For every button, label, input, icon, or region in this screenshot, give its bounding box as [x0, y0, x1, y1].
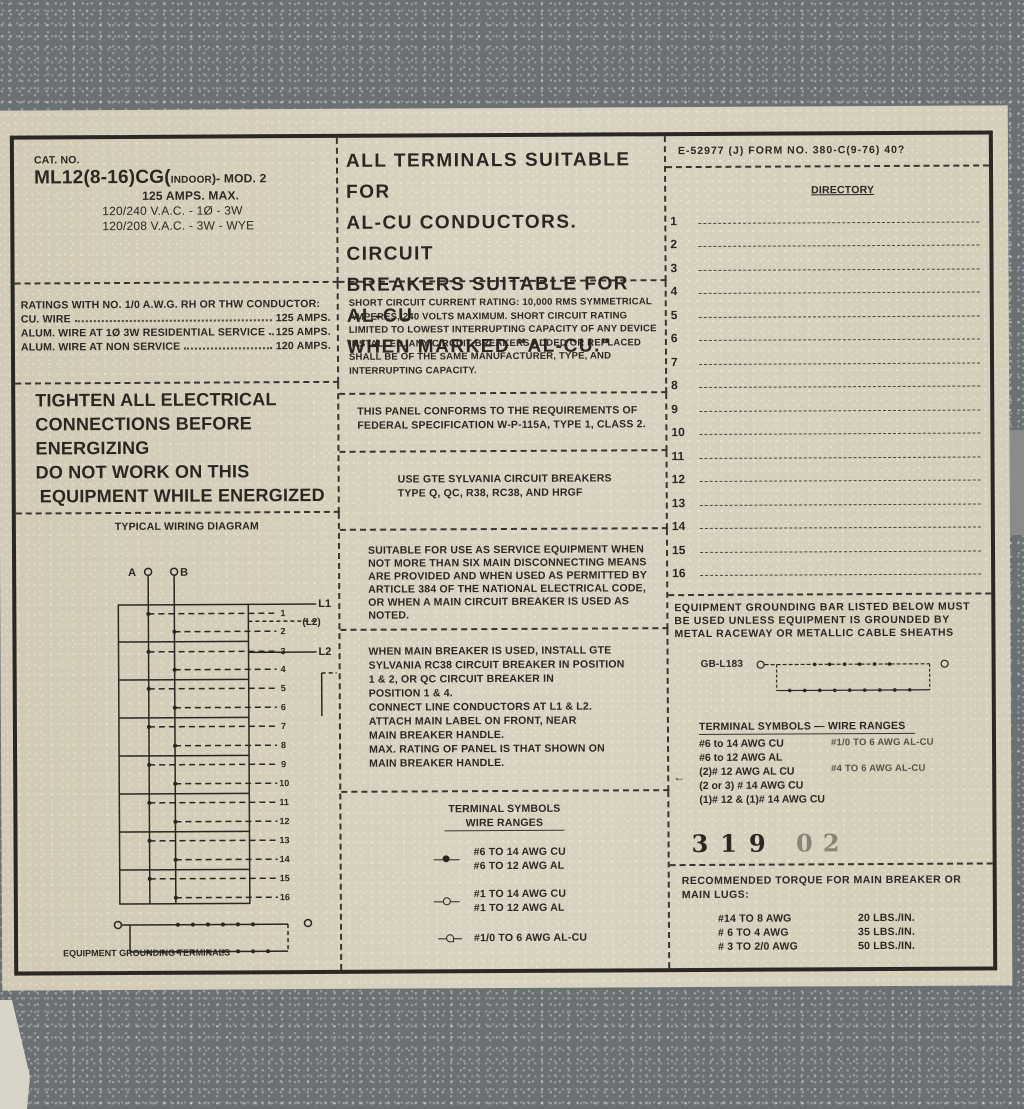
directory-entry-line[interactable] — [700, 503, 981, 505]
directory-entry-number: 3 — [666, 260, 698, 274]
torque-range: # 3 TO 2/0 AWG — [718, 939, 858, 954]
directory-entry-line[interactable] — [699, 268, 980, 270]
cat-no-indoor: INDOOR — [171, 175, 212, 186]
warning-line: CONNECTIONS BEFORE — [35, 411, 337, 437]
main-breaker-line: SYLVANIA RC38 CIRCUIT BREAKER IN POSITIO… — [369, 657, 659, 673]
svg-text:L1: L1 — [318, 598, 331, 610]
directory-section: DIRECTORY 12345678910111213141516 — [666, 166, 991, 596]
service-equipment-text: SUITABLE FOR USE AS SERVICE EQUIPMENT WH… — [368, 543, 656, 623]
wiring-diagram: A B L1 (L2) L2 1234 5678 9101112 1314151… — [16, 541, 338, 963]
short-circuit-text: SHORT CIRCUIT CURRENT RATING: 10,000 RMS… — [349, 295, 657, 378]
grounding-section: EQUIPMENT GROUNDING BAR LISTED BELOW MUS… — [668, 594, 992, 711]
notice-line: AL-CU CONDUCTORS. CIRCUIT — [346, 206, 664, 270]
directory-entry-line[interactable] — [699, 409, 980, 411]
directory-entry[interactable]: 14 — [668, 508, 991, 533]
directory-entry-number: 13 — [668, 495, 700, 509]
warning-section: TIGHTEN ALL ELECTRICAL CONNECTIONS BEFOR… — [15, 383, 340, 515]
warning-line: DO NOT WORK ON THIS — [36, 459, 338, 485]
warning-line: ENERGIZING — [35, 435, 337, 461]
directory-entry[interactable]: 2 — [666, 226, 989, 251]
grounding-bar-label: GB-L183 — [701, 659, 744, 670]
directory-entry-line[interactable] — [698, 221, 979, 223]
wire-range: #6 to 14 AWG CU — [699, 736, 827, 751]
directory-entry-line[interactable] — [698, 245, 979, 247]
svg-text:16: 16 — [280, 892, 290, 902]
directory-entry[interactable]: 10 — [667, 414, 990, 439]
svg-text:13: 13 — [280, 835, 290, 845]
torque-value: 50 LBS./IN. — [858, 939, 915, 953]
main-breaker-line: MAX. RATING OF PANEL IS THAT SHOWN ON — [369, 741, 659, 757]
directory-entry-number: 12 — [668, 472, 700, 486]
directory-entry[interactable]: 3 — [666, 249, 989, 274]
torque-value: 35 LBS./IN. — [858, 925, 915, 939]
directory-entry[interactable]: 9 — [667, 390, 990, 415]
main-breaker-line: WHEN MAIN BREAKER IS USED, INSTALL GTE — [369, 643, 659, 659]
federal-spec-line: THIS PANEL CONFORMS TO THE REQUIREMENTS … — [357, 403, 657, 419]
directory-entry-number: 6 — [667, 331, 699, 345]
svg-text:1: 1 — [280, 608, 285, 618]
wire-range: (2)# 12 AWG AL CU — [699, 764, 827, 779]
directory-entry-line[interactable] — [700, 456, 981, 458]
directory-entry-number: 4 — [667, 284, 699, 298]
svg-text:11: 11 — [279, 797, 289, 807]
federal-spec-line: FEDERAL SPECIFICATION W-P-115a, TYPE 1, … — [357, 417, 657, 433]
directory-entry[interactable]: 13 — [668, 484, 991, 509]
directory-entry-number: 14 — [668, 519, 700, 533]
svg-text:(L2): (L2) — [302, 617, 320, 628]
directory-entry-number: 9 — [667, 401, 699, 415]
directory-entry-line[interactable] — [700, 574, 981, 576]
directory-entry-line[interactable] — [699, 362, 980, 364]
wire-range: #1/0 TO 6 AWG AL-CU — [831, 736, 934, 751]
rating-label: CU. WIRE — [21, 312, 71, 326]
directory-entry[interactable]: 11 — [667, 437, 990, 462]
rating-value: 120 AMPS. — [276, 339, 331, 353]
directory-entry-number: 10 — [667, 425, 699, 439]
svg-text:6: 6 — [281, 702, 286, 712]
directory-list: 12345678910111213141516 — [666, 202, 991, 580]
svg-text:5: 5 — [281, 683, 286, 693]
grounding-bar-icon — [755, 650, 975, 696]
svg-text:14: 14 — [280, 854, 290, 864]
directory-entry-line[interactable] — [700, 527, 981, 529]
directory-entry-line[interactable] — [699, 315, 980, 317]
svg-text:12: 12 — [279, 816, 289, 826]
rating-row: ALUM. WIRE AT NON SERVICE120 AMPS. — [21, 339, 331, 355]
directory-entry-number: 2 — [666, 237, 698, 251]
amps-max: 125 AMPS. MAX. — [34, 188, 336, 205]
open-circle-terminal-icon — [434, 901, 460, 902]
svg-text:8: 8 — [281, 740, 286, 750]
wire-range: #1 TO 12 AWG AL — [474, 901, 566, 915]
form-number-section: E-52977 (J) FORM NO. 380-C(9-76) 40? — [666, 134, 989, 168]
cat-no: ML12(8-16)CG( — [34, 167, 171, 190]
grounding-text: EQUIPMENT GROUNDING BAR LISTED BELOW MUS… — [674, 600, 985, 641]
label-frame: CAT. NO. ML12(8-16)CG( INDOOR )- MOD. 2 … — [10, 130, 997, 975]
catalog-section: CAT. NO. ML12(8-16)CG( INDOOR )- MOD. 2 … — [14, 138, 339, 285]
svg-text:3: 3 — [281, 646, 286, 656]
terminal-symbols-right-title: TERMINAL SYMBOLS — WIRE RANGES — [699, 719, 916, 735]
wiring-diagram-section: TYPICAL WIRING DIAGRAM — [16, 513, 342, 972]
svg-text:15: 15 — [280, 873, 290, 883]
terminal-symbols-right-section: TERMINAL SYMBOLS — WIRE RANGES ← #6 to 1… — [669, 709, 993, 821]
main-breaker-section: WHEN MAIN BREAKER IS USED, INSTALL GTE S… — [340, 629, 669, 793]
directory-entry-line[interactable] — [700, 550, 981, 552]
main-breaker-line: ATTACH MAIN LABEL ON FRONT, NEAR — [369, 713, 659, 729]
torque-section: RECOMMENDED TORQUE FOR MAIN BREAKER OR M… — [670, 864, 994, 968]
wire-range: #6 to 12 AWG AL — [699, 750, 827, 765]
breakers-section: USE GTE SYLVANIA CIRCUIT BREAKERS TYPE Q… — [339, 451, 667, 531]
warning-line: TIGHTEN ALL ELECTRICAL — [35, 387, 337, 413]
terminal-symbols-title: TERMINAL SYMBOLS — [341, 801, 667, 817]
directory-entry-number: 11 — [667, 448, 699, 462]
wire-range: #6 TO 12 AWG AL — [474, 859, 566, 873]
main-breaker-line: POSITION 1 & 4. — [369, 685, 659, 701]
voltage-2: 120/208 V.A.C. - 3W - WYE — [34, 218, 336, 235]
notice-line: ALL TERMINALS SUITABLE FOR — [346, 144, 664, 208]
directory-entry[interactable]: 16 — [668, 555, 991, 580]
bus-b-label: B — [180, 567, 188, 579]
directory-entry[interactable]: 5 — [667, 296, 990, 321]
rating-label: ALUM. WIRE AT 1Ø 3W RESIDENTIAL SERVICE — [21, 325, 265, 340]
torque-value: 20 LBS./IN. — [858, 911, 915, 925]
rating-value: 125 AMPS. — [276, 311, 331, 325]
torque-row: # 6 TO 4 AWG35 LBS./IN. — [718, 924, 987, 939]
directory-entry[interactable]: 7 — [667, 343, 990, 368]
directory-entry-number: 1 — [666, 213, 698, 227]
service-equipment-section: SUITABLE FOR USE AS SERVICE EQUIPMENT WH… — [340, 529, 669, 631]
short-circuit-section: SHORT CIRCUIT CURRENT RATING: 10,000 RMS… — [339, 281, 668, 395]
arrow-terminal-icon: ← — [673, 770, 685, 784]
main-breaker-line: CONNECT LINE CONDUCTORS AT L1 & L2. — [369, 699, 659, 715]
directory-entry-number: 5 — [667, 307, 699, 321]
wire-range: #1/0 TO 6 AWG AL-CU — [474, 931, 587, 946]
directory-entry[interactable]: 15 — [668, 531, 991, 556]
ratings-section: RATINGS WITH NO. 1/0 A.W.G. RH OR THW CO… — [15, 283, 340, 385]
terminals-notice-section: ALL TERMINALS SUITABLE FOR AL-CU CONDUCT… — [338, 136, 667, 283]
cat-no-mod: )- MOD. 2 — [212, 171, 267, 185]
directory-entry[interactable]: 12 — [668, 461, 991, 486]
svg-text:9: 9 — [281, 759, 286, 769]
breakers-line: USE GTE SYLVANIA CIRCUIT BREAKERS — [398, 471, 658, 486]
lug-terminal-icon — [438, 938, 462, 939]
form-number: E-52977 (J) FORM NO. 380-C(9-76) 40? — [678, 142, 989, 158]
directory-entry-line[interactable] — [699, 433, 980, 435]
main-breaker-line: MAIN BREAKER HANDLE. — [369, 727, 659, 743]
svg-text:L2: L2 — [319, 646, 332, 658]
wire-range: (1)# 12 & (1)# 14 AWG CU — [699, 792, 827, 807]
directory-entry-line[interactable] — [699, 386, 980, 388]
wire-range: #6 TO 14 AWG CU — [474, 845, 566, 859]
directory-entry[interactable]: 1 — [666, 202, 989, 227]
directory-entry-number: 7 — [667, 354, 699, 368]
voltage-1: 120/240 V.A.C. - 1Ø - 3W — [34, 203, 336, 220]
federal-spec-section: THIS PANEL CONFORMS TO THE REQUIREMENTS … — [339, 393, 667, 453]
torque-row: # 3 TO 2/0 AWG50 LBS./IN. — [718, 938, 987, 953]
directory-entry[interactable]: 8 — [667, 367, 990, 392]
svg-text:4: 4 — [281, 664, 286, 674]
wire-range: #4 TO 6 AWG AL-CU — [831, 762, 934, 777]
stamp-section: 319 02 — [669, 819, 992, 866]
wire-range: #1 TO 14 AWG CU — [474, 887, 566, 901]
directory-entry-line[interactable] — [700, 480, 981, 482]
wiring-diagram-title: TYPICAL WIRING DIAGRAM — [16, 513, 338, 535]
directory-entry-number: 15 — [668, 542, 700, 556]
cat-no-label: CAT. NO. — [34, 152, 336, 168]
directory-entry[interactable]: 6 — [667, 320, 990, 345]
wire-range: (2 or 3) # 14 AWG CU — [699, 778, 827, 793]
wire-ranges-title: WIRE RANGES — [444, 816, 564, 832]
svg-text:2: 2 — [280, 626, 285, 636]
terminal-symbols-center-section: TERMINAL SYMBOLS WIRE RANGES #6 TO 14 AW… — [341, 791, 670, 970]
directory-entry[interactable]: 4 — [667, 273, 990, 298]
torque-row: #14 TO 8 AWG20 LBS./IN. — [718, 910, 987, 925]
torque-range: #14 TO 8 AWG — [718, 911, 858, 926]
directory-entry-number: 8 — [667, 378, 699, 392]
directory-title: DIRECTORY — [666, 182, 989, 198]
warning-line: EQUIPMENT WHILE ENERGIZED — [36, 483, 338, 509]
svg-text:EQUIPMENT GROUNDING TERMINALS: EQUIPMENT GROUNDING TERMINALS — [63, 947, 230, 958]
svg-text:10: 10 — [279, 778, 289, 788]
rating-value: 125 AMPS. — [276, 325, 331, 339]
panel-label: CAT. NO. ML12(8-16)CG( INDOOR )- MOD. 2 … — [0, 105, 1012, 990]
filled-dot-terminal-icon — [434, 859, 460, 860]
directory-entry-line[interactable] — [699, 339, 980, 341]
bus-a-label: A — [128, 567, 136, 579]
directory-entry-number: 16 — [668, 566, 700, 580]
stamp-number-faded: 02 — [796, 828, 850, 857]
torque-title: RECOMMENDED TORQUE FOR MAIN BREAKER OR M… — [682, 872, 987, 902]
main-breaker-line: MAIN BREAKER HANDLE. — [369, 755, 659, 771]
breakers-line: TYPE Q, QC, R38, RC38, AND HRGF — [398, 485, 658, 500]
svg-text:7: 7 — [281, 721, 286, 731]
directory-entry-line[interactable] — [699, 292, 980, 294]
main-breaker-line: 1 & 2, OR QC CIRCUIT BREAKER IN — [369, 671, 659, 687]
torque-range: # 6 TO 4 AWG — [718, 925, 858, 940]
rating-label: ALUM. WIRE AT NON SERVICE — [21, 340, 180, 355]
stamp-number: 319 — [691, 829, 777, 858]
